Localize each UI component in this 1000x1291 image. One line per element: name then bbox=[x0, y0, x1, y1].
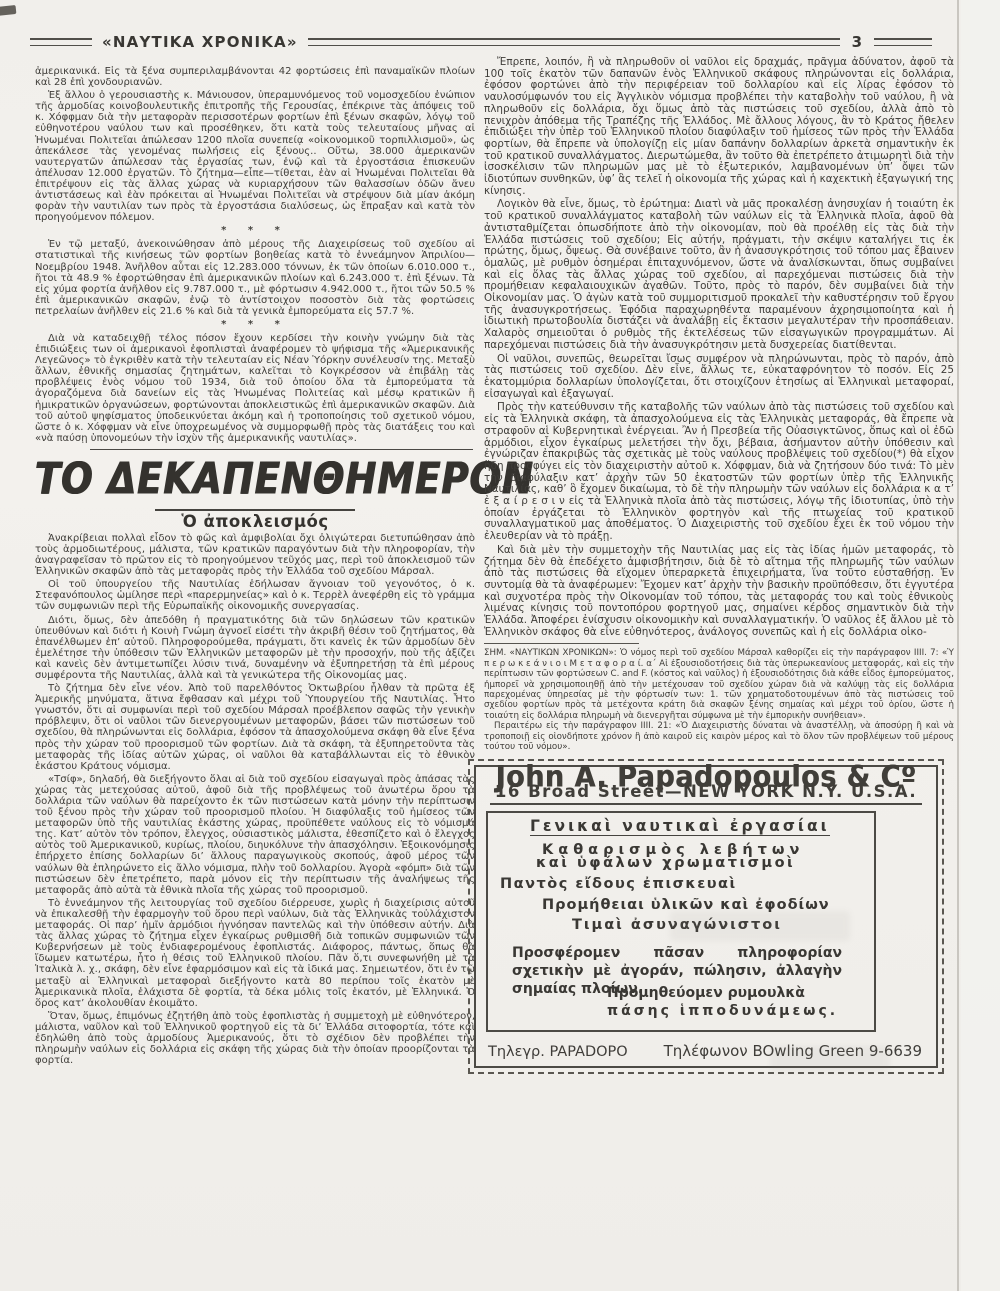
headline-underline bbox=[155, 509, 355, 511]
telegraph-address: Τηλεγρ. PAPADOPO bbox=[488, 1047, 628, 1059]
ad-services-heading: Γενικαὶ ναυτικαὶ ἐργασίαι bbox=[530, 821, 830, 836]
scan-bleedthrough bbox=[770, 1046, 890, 1072]
paragraph: Ἔπρεπε, λοιπόν, ἢ νὰ πληρωθοῦν οἱ ναῦλοι… bbox=[484, 57, 954, 197]
section-separator: * * * bbox=[35, 225, 475, 237]
paragraph: Τὸ ζήτημα δὲν εἶνε νέον. Ἀπὸ τοῦ παρελθό… bbox=[35, 683, 475, 772]
scan-artifact-mark bbox=[0, 5, 16, 16]
masthead-rule-right bbox=[874, 38, 932, 46]
paragraph: «Τσίφ», δηλαδή, θὰ διεξήγοντο ὅλαι αἱ δι… bbox=[35, 774, 475, 896]
ad-tugs-text: Προμηθεύομεν ρυμουλκὰ πάσης ἱπποδυνάμεως… bbox=[607, 984, 862, 1020]
ad-tugs-line2: πάσης ἱπποδυνάμεως. bbox=[607, 1003, 838, 1019]
headline-top-rule bbox=[90, 449, 473, 450]
paragraph: Οἱ τοῦ ὑπουργείου τῆς Ναυτιλίας ἐδήλωσαν… bbox=[35, 579, 475, 612]
paragraph: Διὰ νὰ καταδειχθῇ τέλος πόσον ἔχουν κερδ… bbox=[35, 333, 475, 444]
article-subheading: Ὁ ἀποκλεισμός bbox=[35, 516, 475, 527]
paragraph: ΣΗΜ. «ΝΑΥΤΙΚΩΝ ΧΡΟΝΙΚΩΝ»: Ὁ νόμος περὶ τ… bbox=[484, 648, 954, 721]
page-right-margin bbox=[961, 0, 1000, 1291]
masthead: «ΝΑΥΤΙΚΑ ΧΡΟΝΙΚΑ» 3 bbox=[30, 33, 932, 51]
page-number: 3 bbox=[852, 33, 862, 51]
section-separator: * * * bbox=[35, 319, 475, 331]
ad-service-item: Προμήθειαι ὑλικῶν καὶ ἐφοδίων bbox=[542, 900, 864, 912]
page-edge-line bbox=[957, 0, 959, 1291]
paragraph: Καὶ διὰ μὲν τὴν συμμετοχὴν τῆς Ναυτιλίας… bbox=[484, 545, 954, 639]
paragraph: ἀμερικανικά. Εἰς τὰ ξένα συμπεριλαμβάνον… bbox=[35, 66, 475, 88]
paragraph: Ἐξ ἄλλου ὁ γερουσιαστὴς κ. Μάνιουσον, ὑπ… bbox=[35, 90, 475, 223]
paragraph: Περαιτέρω εἰς τὴν παράγραφον ΙΙΙΙ. 21: «… bbox=[484, 721, 954, 752]
paragraph: Ἀνακρίβειαι πολλαὶ εἶδον τὸ φῶς καὶ ἀμφι… bbox=[35, 533, 475, 577]
news-paragraphs: ἀμερικανικά. Εἰς τὰ ξένα συμπεριλαμβάνον… bbox=[35, 66, 475, 444]
paragraph: Ἐν τῷ μεταξύ, ἀνεκοινώθησαν ἀπὸ μέρους τ… bbox=[35, 239, 475, 317]
paragraph: Οἱ ναῦλοι, συνεπῶς, θεωρεῖται ἴσως συμφέ… bbox=[484, 354, 954, 401]
magazine-title: «ΝΑΥΤΙΚΑ ΧΡΟΝΙΚΑ» bbox=[102, 33, 298, 51]
scan-bleedthrough bbox=[670, 911, 850, 941]
article-paragraphs-continued: Ἔπρεπε, λοιπόν, ἢ νὰ πληρωθοῦν οἱ ναῦλοι… bbox=[484, 57, 954, 638]
paragraph: Πρὸς τὴν κατεύθυνσιν τῆς καταβολῆς τῶν ν… bbox=[484, 402, 954, 542]
advertiser-name: John A. Papadopoulos & Cº bbox=[484, 769, 928, 784]
ad-service-item: καὶ ὑφάλων χρωματισμοὶ bbox=[536, 858, 864, 870]
magazine-page: «ΝΑΥΤΙΚΑ ΧΡΟΝΙΚΑ» 3 ἀμερικανικά. Εἰς τὰ … bbox=[0, 0, 1000, 1291]
paragraph: Λογικὸν θὰ εἶνε, ὅμως, τὸ ἐρώτημα: Διατὶ… bbox=[484, 199, 954, 351]
masthead-rule-left bbox=[30, 38, 92, 46]
paragraph: Διότι, ὅμως, δὲν ἀπεδόθη ἡ πραγματικότης… bbox=[35, 615, 475, 682]
paragraph: Ὅταν, ὅμως, ἐπιμόνως ἐζητήθη ἀπὸ τοὺς ἐφ… bbox=[35, 1011, 475, 1066]
right-column: Ἔπρεπε, λοιπόν, ἢ νὰ πληρωθοῦν οἱ ναῦλοι… bbox=[484, 57, 954, 1074]
masthead-rule-middle bbox=[308, 38, 840, 46]
article-paragraphs: Ἀνακρίβειαι πολλαὶ εἶδον τὸ φῶς καὶ ἀμφι… bbox=[35, 533, 475, 1066]
advertisement-papadopoulos: John A. Papadopoulos & Cº 16 Broad Stree… bbox=[468, 759, 944, 1074]
section-headline: ΤΟ ΔΕΚΑΠΕΝΘΗΜΕΡΟΝ bbox=[35, 457, 475, 503]
ad-service-item: Παντὸς εἴδους ἐπισκευαὶ bbox=[500, 879, 864, 891]
ad-tugs-line1: Προμηθεύομεν ρυμουλκὰ bbox=[607, 985, 805, 1001]
footnote-rule bbox=[484, 643, 639, 644]
paragraph: Τὸ ἐννεάμηνον τῆς λειτουργίας τοῦ σχεδίο… bbox=[35, 898, 475, 1009]
left-column: ἀμερικανικά. Εἰς τὰ ξένα συμπεριλαμβάνον… bbox=[35, 66, 475, 1068]
editorial-footnote: ΣΗΜ. «ΝΑΥΤΙΚΩΝ ΧΡΟΝΙΚΩΝ»: Ὁ νόμος περὶ τ… bbox=[484, 648, 954, 752]
